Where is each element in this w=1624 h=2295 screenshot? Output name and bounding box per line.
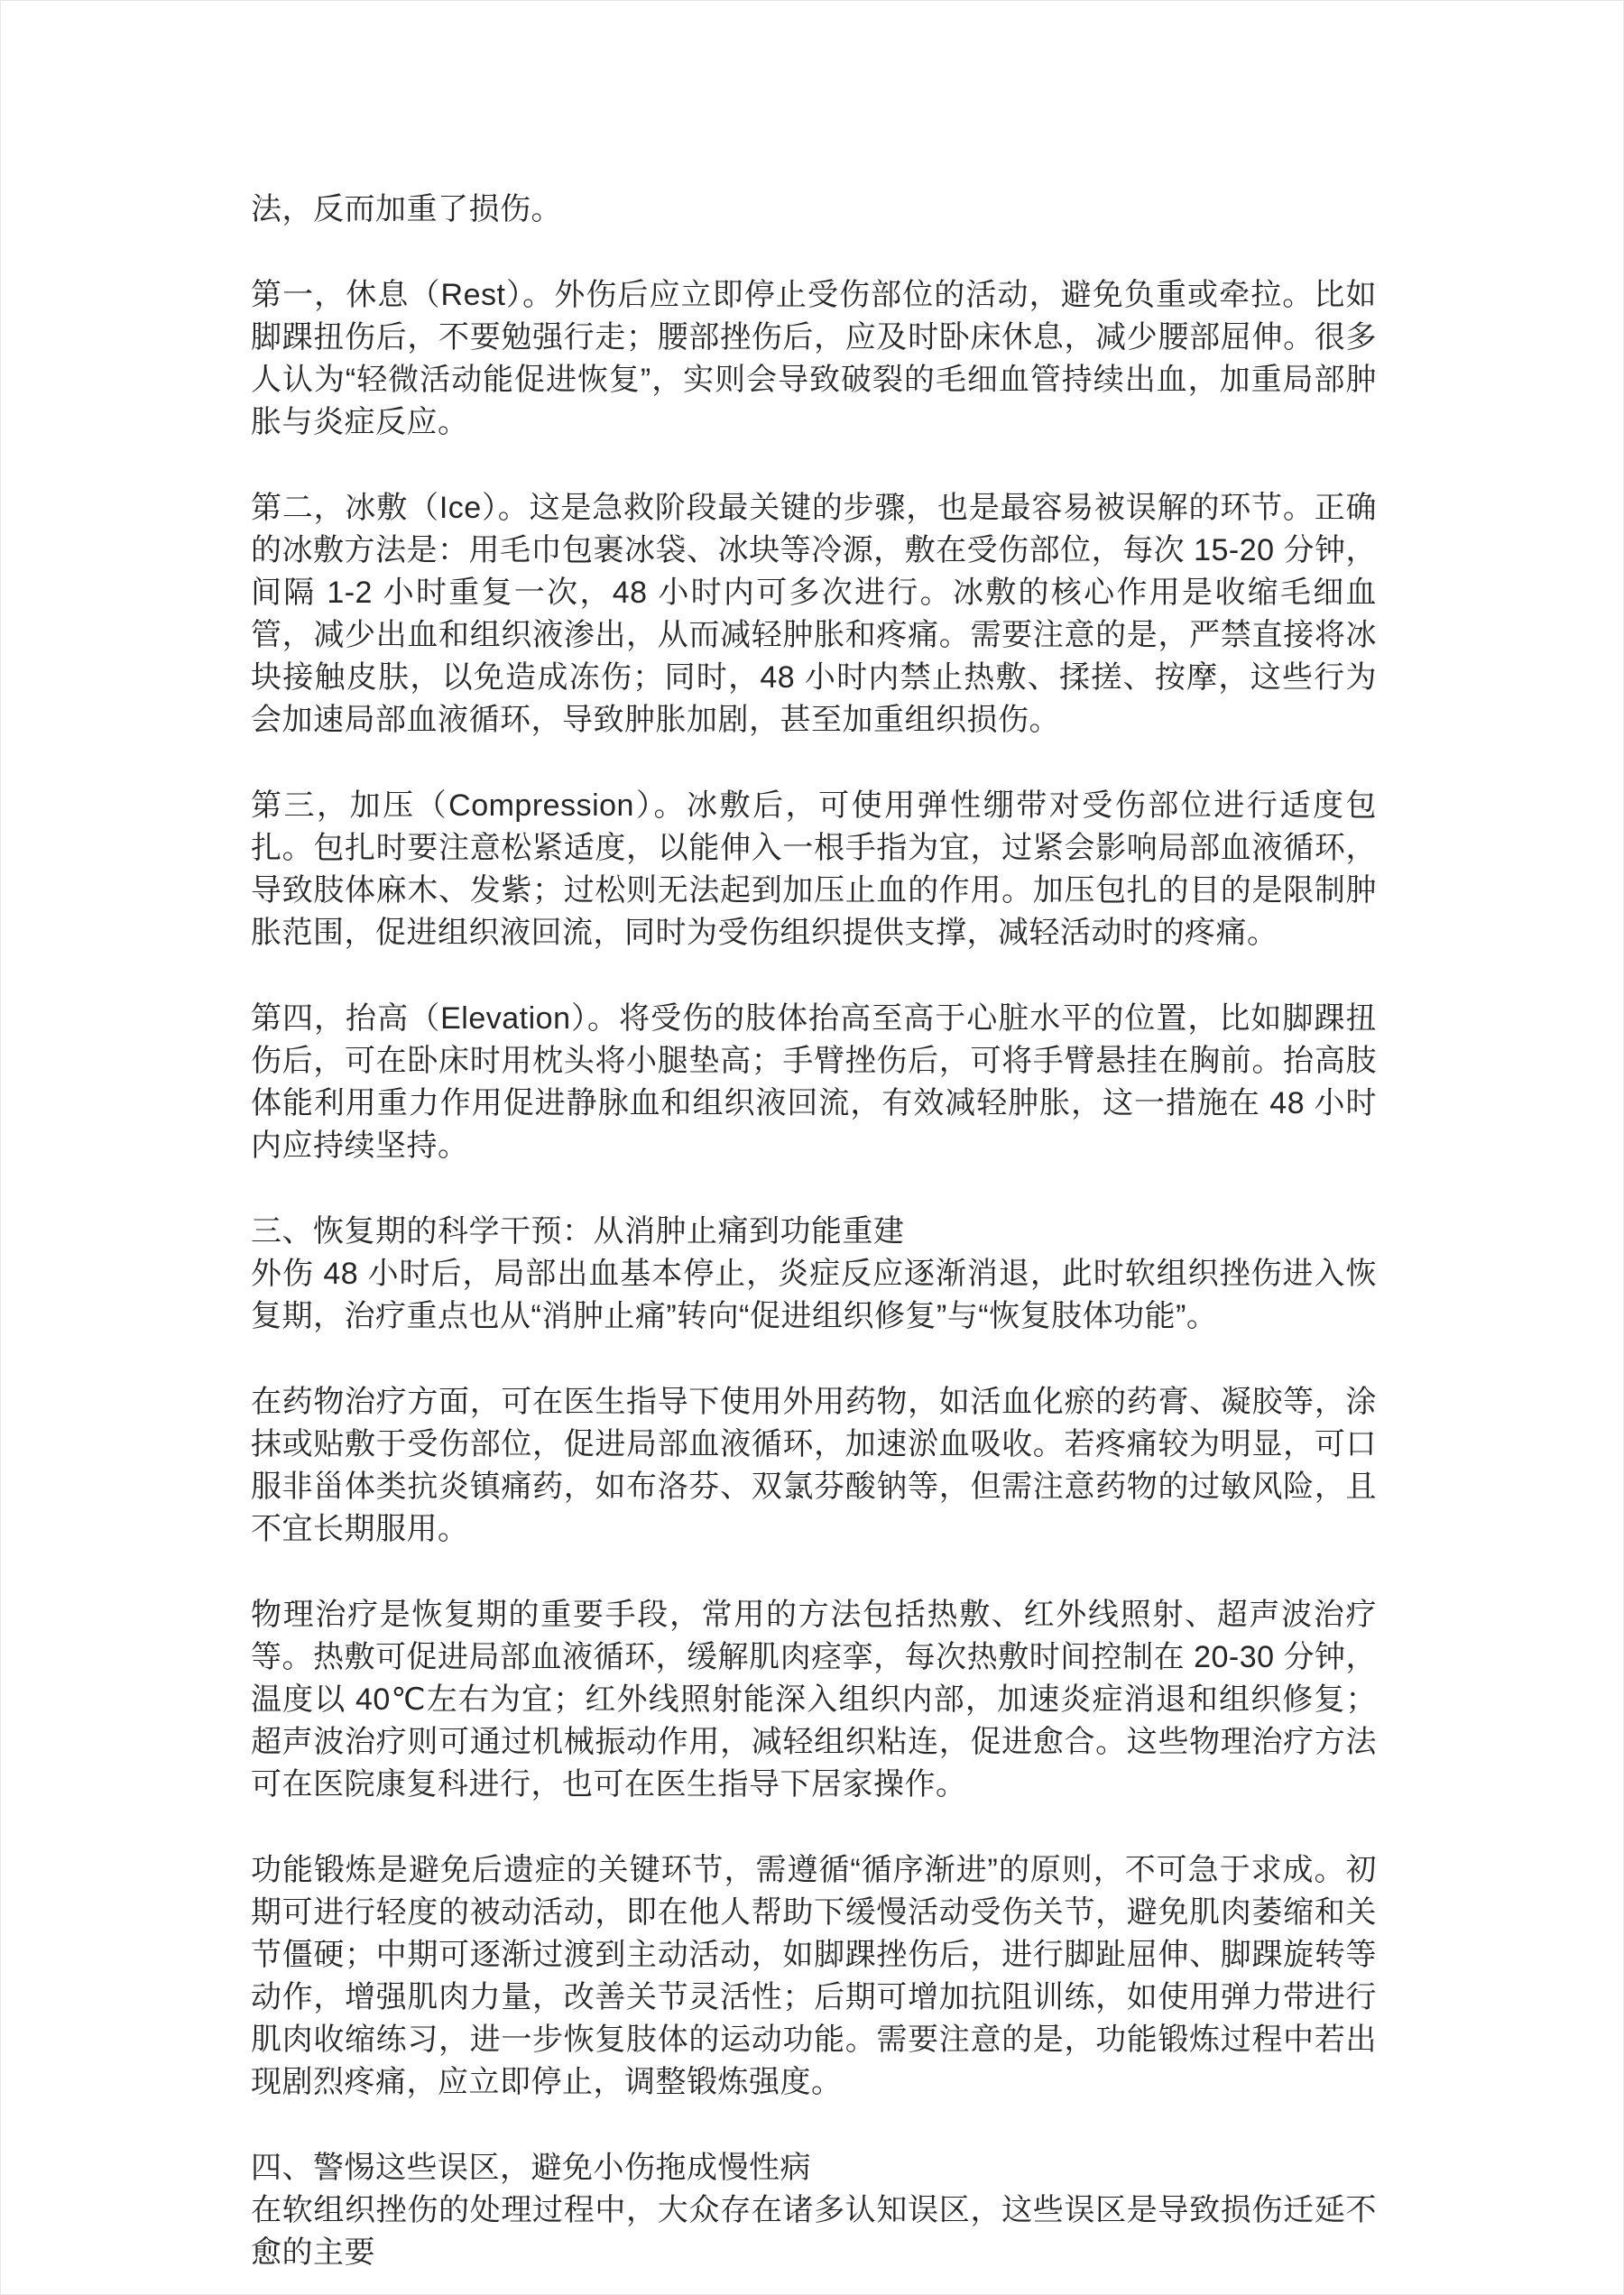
section-heading-misconceptions: 四、警惕这些误区，避免小伤拖成慢性病 bbox=[251, 2147, 1377, 2189]
paragraph-physical-therapy: 物理治疗是恢复期的重要手段，常用的方法包括热敷、红外线照射、超声波治疗等。热敷可… bbox=[251, 1594, 1377, 1806]
paragraph-recovery-intro: 外伤 48 小时后，局部出血基本停止，炎症反应逐渐消退，此时软组织挫伤进入恢复期… bbox=[251, 1253, 1377, 1338]
paragraph-misconceptions-intro: 在软组织挫伤的处理过程中，大众存在诸多认知误区，这些误区是导致损伤迁延不愈的主要 bbox=[251, 2189, 1377, 2274]
document-text-column: 法，反而加重了损伤。 第一，休息（Rest）。外伤后应立即停止受伤部位的活动，避… bbox=[1, 1, 1623, 2274]
document-page: 法，反而加重了损伤。 第一，休息（Rest）。外伤后应立即停止受伤部位的活动，避… bbox=[0, 0, 1624, 2295]
section-heading-recovery-phase: 三、恢复期的科学干预：从消肿止痛到功能重建 bbox=[251, 1211, 1377, 1253]
paragraph-ice: 第二，冰敷（Ice）。这是急救阶段最关键的步骤，也是最容易被误解的环节。正确的冰… bbox=[251, 487, 1377, 742]
paragraph-lead-continuation: 法，反而加重了损伤。 bbox=[251, 189, 1377, 231]
paragraph-compression: 第三，加压（Compression）。冰敷后，可使用弹性绷带对受伤部位进行适度包… bbox=[251, 785, 1377, 954]
paragraph-elevation: 第四，抬高（Elevation）。将受伤的肢体抬高至高于心脏水平的位置，比如脚踝… bbox=[251, 998, 1377, 1167]
paragraph-functional-exercise: 功能锻炼是避免后遗症的关键环节，需遵循“循序渐进”的原则，不可急于求成。初期可进… bbox=[251, 1849, 1377, 2104]
paragraph-medication: 在药物治疗方面，可在医生指导下使用外用药物，如活血化瘀的药膏、凝胶等，涂抹或贴敷… bbox=[251, 1381, 1377, 1551]
paragraph-rest: 第一，休息（Rest）。外伤后应立即停止受伤部位的活动，避免负重或牵拉。比如脚踝… bbox=[251, 274, 1377, 444]
